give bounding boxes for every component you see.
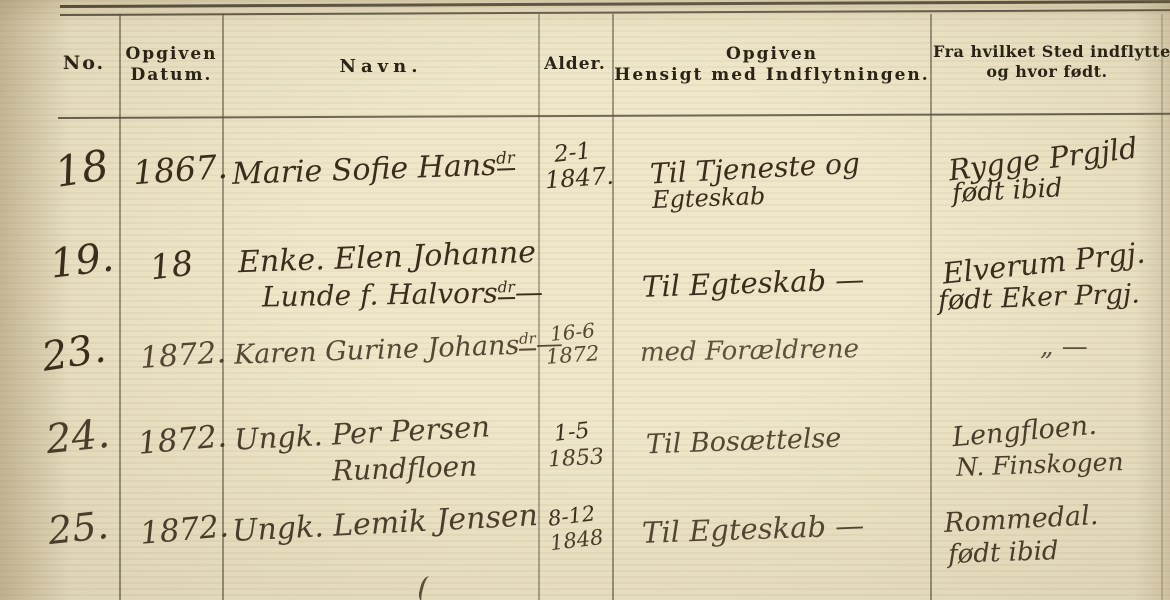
row-19-navn-line2-text: Lunde f. Halvors bbox=[262, 276, 498, 313]
column-header-fra-line1: Fra hvilket Sted indflyttet, bbox=[933, 42, 1161, 62]
row-25-datum: 1872. bbox=[139, 508, 231, 552]
row-24-navn-line2: Rundfloen bbox=[331, 449, 477, 487]
column-header-datum: Opgiven Datum. bbox=[121, 44, 222, 86]
row-19-hensigt-line1: Til Egteskab — bbox=[641, 262, 864, 304]
row-24-alder-line2: 1853 bbox=[547, 445, 604, 473]
column-line-alder-hensigt bbox=[612, 14, 614, 600]
row-25-alder-line2: 1848 bbox=[549, 525, 605, 555]
column-header-fra-line2: og hvor født. bbox=[933, 62, 1161, 82]
row-23-no: 23. bbox=[39, 325, 109, 380]
row-19-navn-line2: Lunde f. Halvorsdr— bbox=[262, 276, 543, 314]
row-18-navn-suffix: dr bbox=[496, 148, 515, 171]
column-header-datum-line2: Datum. bbox=[121, 65, 222, 86]
row-24-datum: 1872. bbox=[137, 418, 229, 462]
table-right-border bbox=[1161, 14, 1163, 600]
row-18-hensigt-line2: Egteskab bbox=[652, 182, 766, 214]
row-23-alder-line2: 1872 bbox=[545, 341, 600, 369]
row-25-fra-line1: Rommedal. bbox=[943, 500, 1099, 539]
row-19-navn-line2-suffix: dr bbox=[497, 278, 515, 299]
row-25-fra-line2: født ibid bbox=[948, 536, 1060, 570]
row-18-datum: 1867. bbox=[132, 147, 229, 192]
column-line-no-datum bbox=[119, 14, 121, 600]
row-18-navn: Marie Sofie Hansdr bbox=[231, 147, 515, 192]
register-page-scan: No. Opgiven Datum. Navn. Alder. Opgiven … bbox=[0, 0, 1170, 600]
row-24-fra-line2: N. Finskogen bbox=[956, 447, 1124, 482]
row-19-no: 19. bbox=[47, 234, 116, 287]
row-24-fra-line1: Lengfloen. bbox=[951, 410, 1098, 454]
row-25-hensigt-line1: Til Egteskab — bbox=[641, 508, 864, 550]
row-23-hensigt-line1: med Forældrene bbox=[640, 334, 859, 368]
column-header-alder: Alder. bbox=[538, 54, 612, 74]
column-header-navn: Navn. bbox=[224, 56, 538, 77]
row-23-navn: Karen Gurine Johansdr— bbox=[234, 328, 564, 370]
column-line-hensigt-fra bbox=[930, 14, 932, 600]
row-19-datum: 18 bbox=[148, 244, 196, 289]
column-header-hensigt: Opgiven Hensigt med Indflytningen. bbox=[614, 44, 930, 86]
column-header-datum-line1: Opgiven bbox=[121, 44, 222, 65]
column-header-no: No. bbox=[48, 52, 120, 74]
stray-ink-mark bbox=[417, 575, 436, 600]
row-24-no: 24. bbox=[44, 411, 112, 463]
row-25-no: 25. bbox=[46, 503, 111, 553]
column-header-hensigt-line1: Opgiven bbox=[614, 44, 930, 65]
row-19-navn-line2-dash: — bbox=[515, 276, 544, 309]
row-25-navn-line1: Ungk. Lemik Jensen bbox=[231, 498, 538, 549]
row-24-alder-line1: 1-5 bbox=[553, 418, 591, 447]
row-23-navn-suffix: dr bbox=[519, 329, 536, 351]
row-18-alder-line2: 1847. bbox=[544, 162, 615, 195]
table-top-double-border bbox=[60, 0, 1170, 16]
row-19-fra-line2: født Eker Prgj. bbox=[938, 278, 1141, 316]
row-18-no: 18 bbox=[51, 140, 111, 197]
row-18-fra-line2: født ibid bbox=[951, 173, 1063, 209]
row-23-fra-ditto: „ — bbox=[1040, 332, 1088, 362]
row-19-navn-line1: Enke. Elen Johanne bbox=[237, 235, 536, 280]
row-24-hensigt-line1: Til Bosættelse bbox=[646, 423, 842, 461]
row-23-datum: 1872. bbox=[139, 335, 227, 376]
row-23-navn-text: Karen Gurine Johans bbox=[234, 330, 520, 371]
column-header-fra: Fra hvilket Sted indflyttet, og hvor fød… bbox=[933, 42, 1161, 82]
column-header-hensigt-line2: Hensigt med Indflytningen. bbox=[614, 65, 930, 86]
row-18-navn-text: Marie Sofie Hans bbox=[231, 148, 497, 192]
